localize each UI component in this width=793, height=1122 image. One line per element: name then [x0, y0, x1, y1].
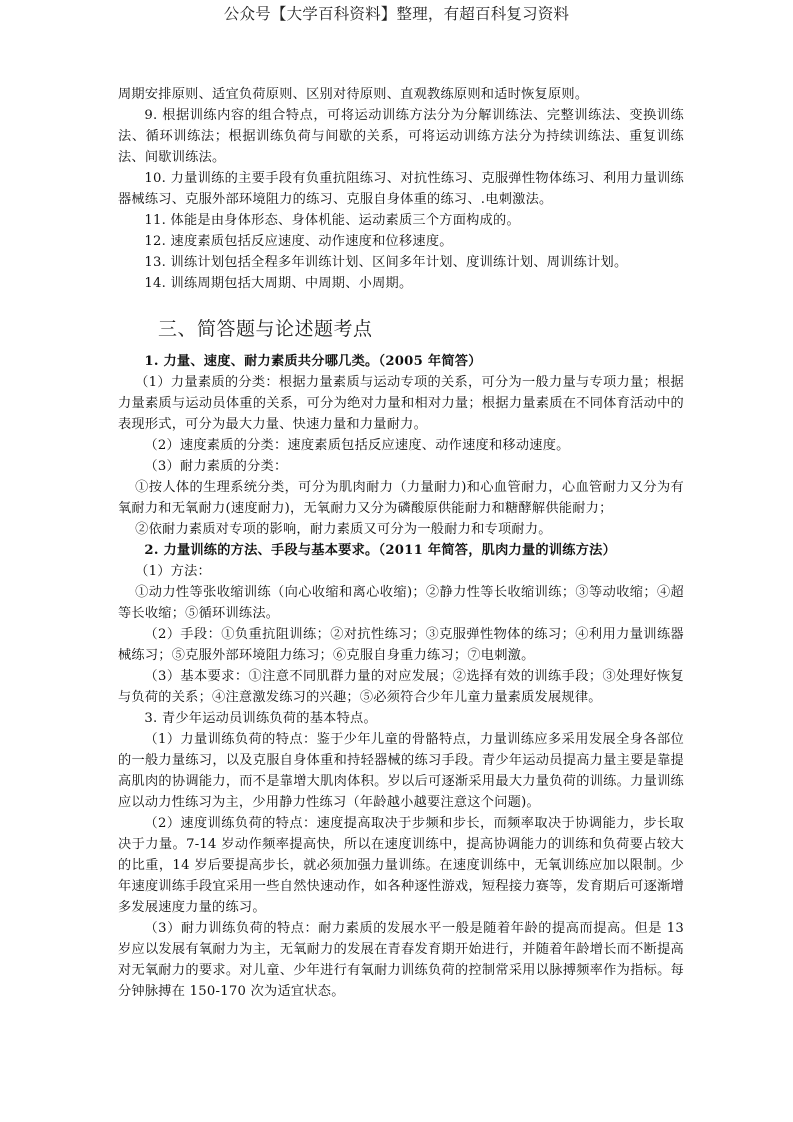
- question-3-title: 3. 青少年运动员训练负荷的基本特点。: [118, 708, 684, 729]
- question-1-title: 1. 力量、速度、耐力素质共分哪几类。（2005 年简答）: [118, 351, 684, 372]
- answer-paragraph: ①按人体的生理系统分类，可分为肌肉耐力（力量耐力)和心血管耐力，心血管耐力又分为…: [118, 477, 684, 519]
- answer-paragraph: （1）方法：: [118, 561, 684, 582]
- answer-paragraph: （2）速度训练负荷的特点：速度提高取决于步频和步长，而频率取决于协调能力，步长取…: [118, 813, 684, 918]
- answer-paragraph: （3）耐力素质的分类：: [118, 456, 684, 477]
- answer-paragraph: ②依耐力素质对专项的影响，耐力素质又可分为一般耐力和专项耐力。: [118, 519, 684, 540]
- document-body: 周期安排原则、适宜负荷原则、区别对待原则、直观教练原则和适时恢复原则。 9. 根…: [118, 84, 684, 1002]
- question-2-title: 2. 力量训练的方法、手段与基本要求。（2011 年简答，肌肉力量的训练方法）: [118, 540, 684, 561]
- answer-paragraph: （2）手段：①负重抗阻训练；②对抗性练习；③克服弹性物体的练习；④利用力量训练器…: [118, 624, 684, 666]
- list-item-13: 13. 训练计划包括全程多年训练计划、区间多年计划、度训练计划、周训练计划。: [118, 252, 684, 273]
- answer-paragraph: （1）力量素质的分类：根据力量素质与运动专项的关系，可分为一般力量与专项力量；根…: [118, 372, 684, 435]
- list-item-10: 10. 力量训练的主要手段有负重抗阻练习、对抗性练习、克服弹性物体练习、利用力量…: [118, 168, 684, 210]
- list-item-12: 12. 速度素质包括反应速度、动作速度和位移速度。: [118, 231, 684, 252]
- answer-paragraph: （1）力量训练负荷的特点：鉴于少年儿童的骨骼特点，力量训练应多采用发展全身各部位…: [118, 729, 684, 813]
- page-header: 公众号【大学百科资料】整理，有超百科复习资料: [0, 2, 793, 24]
- paragraph: 周期安排原则、适宜负荷原则、区别对待原则、直观教练原则和适时恢复原则。: [118, 84, 684, 105]
- answer-paragraph: （3）基本要求：①注意不同肌群力量的对应发展；②选择有效的训练手段；③处理好恢复…: [118, 666, 684, 708]
- section-title: 三、简答题与论述题考点: [158, 316, 684, 342]
- list-item-14: 14. 训练周期包括大周期、中周期、小周期。: [118, 273, 684, 294]
- answer-paragraph: （3）耐力训练负荷的特点：耐力素质的发展水平一般是随着年龄的提高而提高。但是 1…: [118, 918, 684, 1002]
- list-item-9: 9. 根据训练内容的组合特点，可将运动训练方法分为分解训练法、完整训练法、变换训…: [118, 105, 684, 168]
- list-item-11: 11. 体能是由身体形态、身体机能、运动素质三个方面构成的。: [118, 210, 684, 231]
- answer-paragraph: （2）速度素质的分类：速度素质包括反应速度、动作速度和移动速度。: [118, 435, 684, 456]
- answer-paragraph: ①动力性等张收缩训练（向心收缩和离心收缩)；②静力性等长收缩训练；③等动收缩；④…: [118, 582, 684, 624]
